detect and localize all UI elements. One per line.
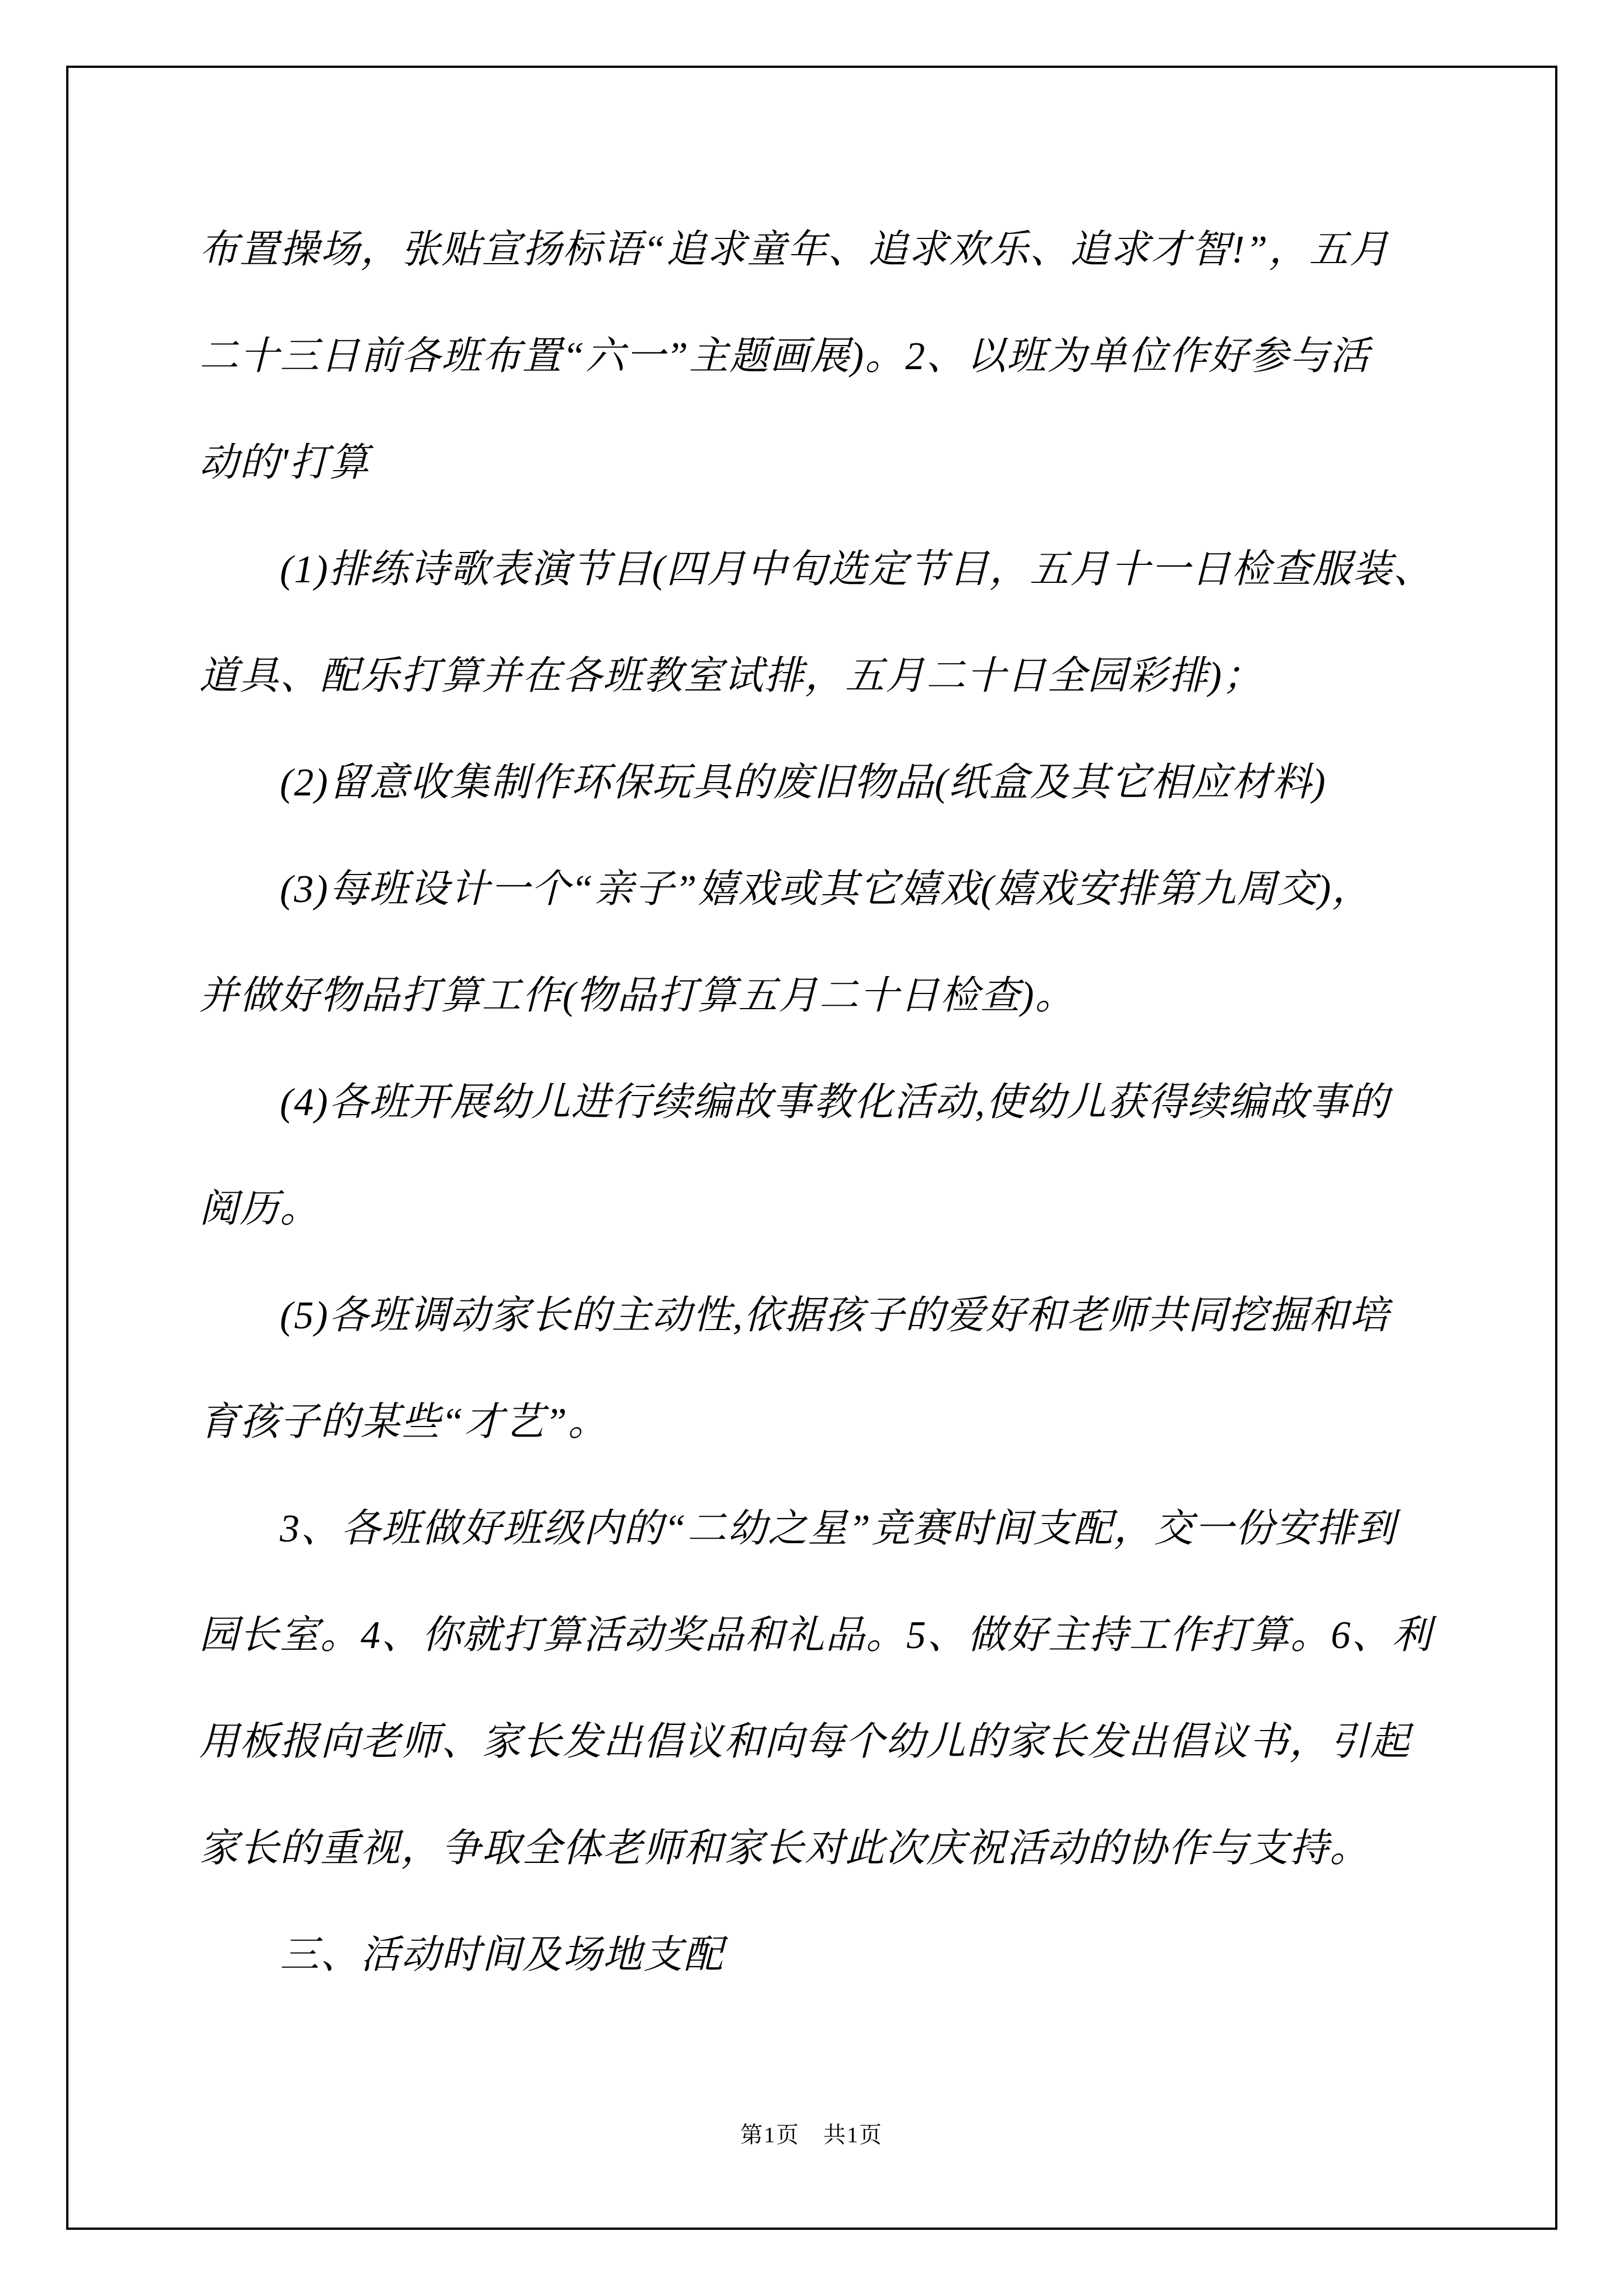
text-line: 并做好物品打算工作(物品打算五月二十日检查)。 (199, 943, 1438, 1050)
text-line: (5)各班调动家长的主动性,依据孩子的爱好和老师共同挖掘和培 (199, 1263, 1438, 1369)
text-line: 园长室。4、你就打算活动奖品和礼品。5、做好主持工作打算。6、利 (199, 1582, 1438, 1689)
text-line: 二十三日前各班布置“六一”主题画展)。2、以班为单位作好参与活 (199, 303, 1438, 410)
text-line: 阅历。 (199, 1156, 1438, 1263)
page-number: 第1页 共1页 (740, 2122, 883, 2147)
text-line: 3、各班做好班级内的“二幼之星”竞赛时间支配，交一份安排到 (199, 1476, 1438, 1582)
text-line: 育孩子的某些“才艺”。 (199, 1369, 1438, 1476)
text-line: (1)排练诗歌表演节目(四月中旬选定节目，五月十一日检查服装、 (199, 517, 1438, 623)
text-line: (3)每班设计一个“亲子”嬉戏或其它嬉戏(嬉戏安排第九周交)， (199, 836, 1438, 943)
text-line: (2)留意收集制作环保玩具的废旧物品(纸盒及其它相应材料) (199, 730, 1438, 836)
text-line: (4)各班开展幼儿进行续编故事教化活动,使幼儿获得续编故事的 (199, 1050, 1438, 1156)
page-footer: 第1页 共1页 (0, 2121, 1623, 2149)
text-line: 布置操场，张贴宣扬标语“追求童年、追求欢乐、追求才智!”，五月 (199, 197, 1438, 303)
document-body: 布置操场，张贴宣扬标语“追求童年、追求欢乐、追求才智!”，五月 二十三日前各班布… (199, 197, 1438, 2009)
text-line: 用板报向老师、家长发出倡议和向每个幼儿的家长发出倡议书，引起 (199, 1689, 1438, 1796)
text-line: 动的'打算 (199, 410, 1438, 517)
text-line: 道具、配乐打算并在各班教室试排，五月二十日全园彩排)； (199, 623, 1438, 730)
section-heading: 三、活动时间及场地支配 (199, 1902, 1438, 2009)
document-page: 布置操场，张贴宣扬标语“追求童年、追求欢乐、追求才智!”，五月 二十三日前各班布… (0, 0, 1623, 2296)
text-line: 家长的重视，争取全体老师和家长对此次庆祝活动的协作与支持。 (199, 1796, 1438, 1902)
